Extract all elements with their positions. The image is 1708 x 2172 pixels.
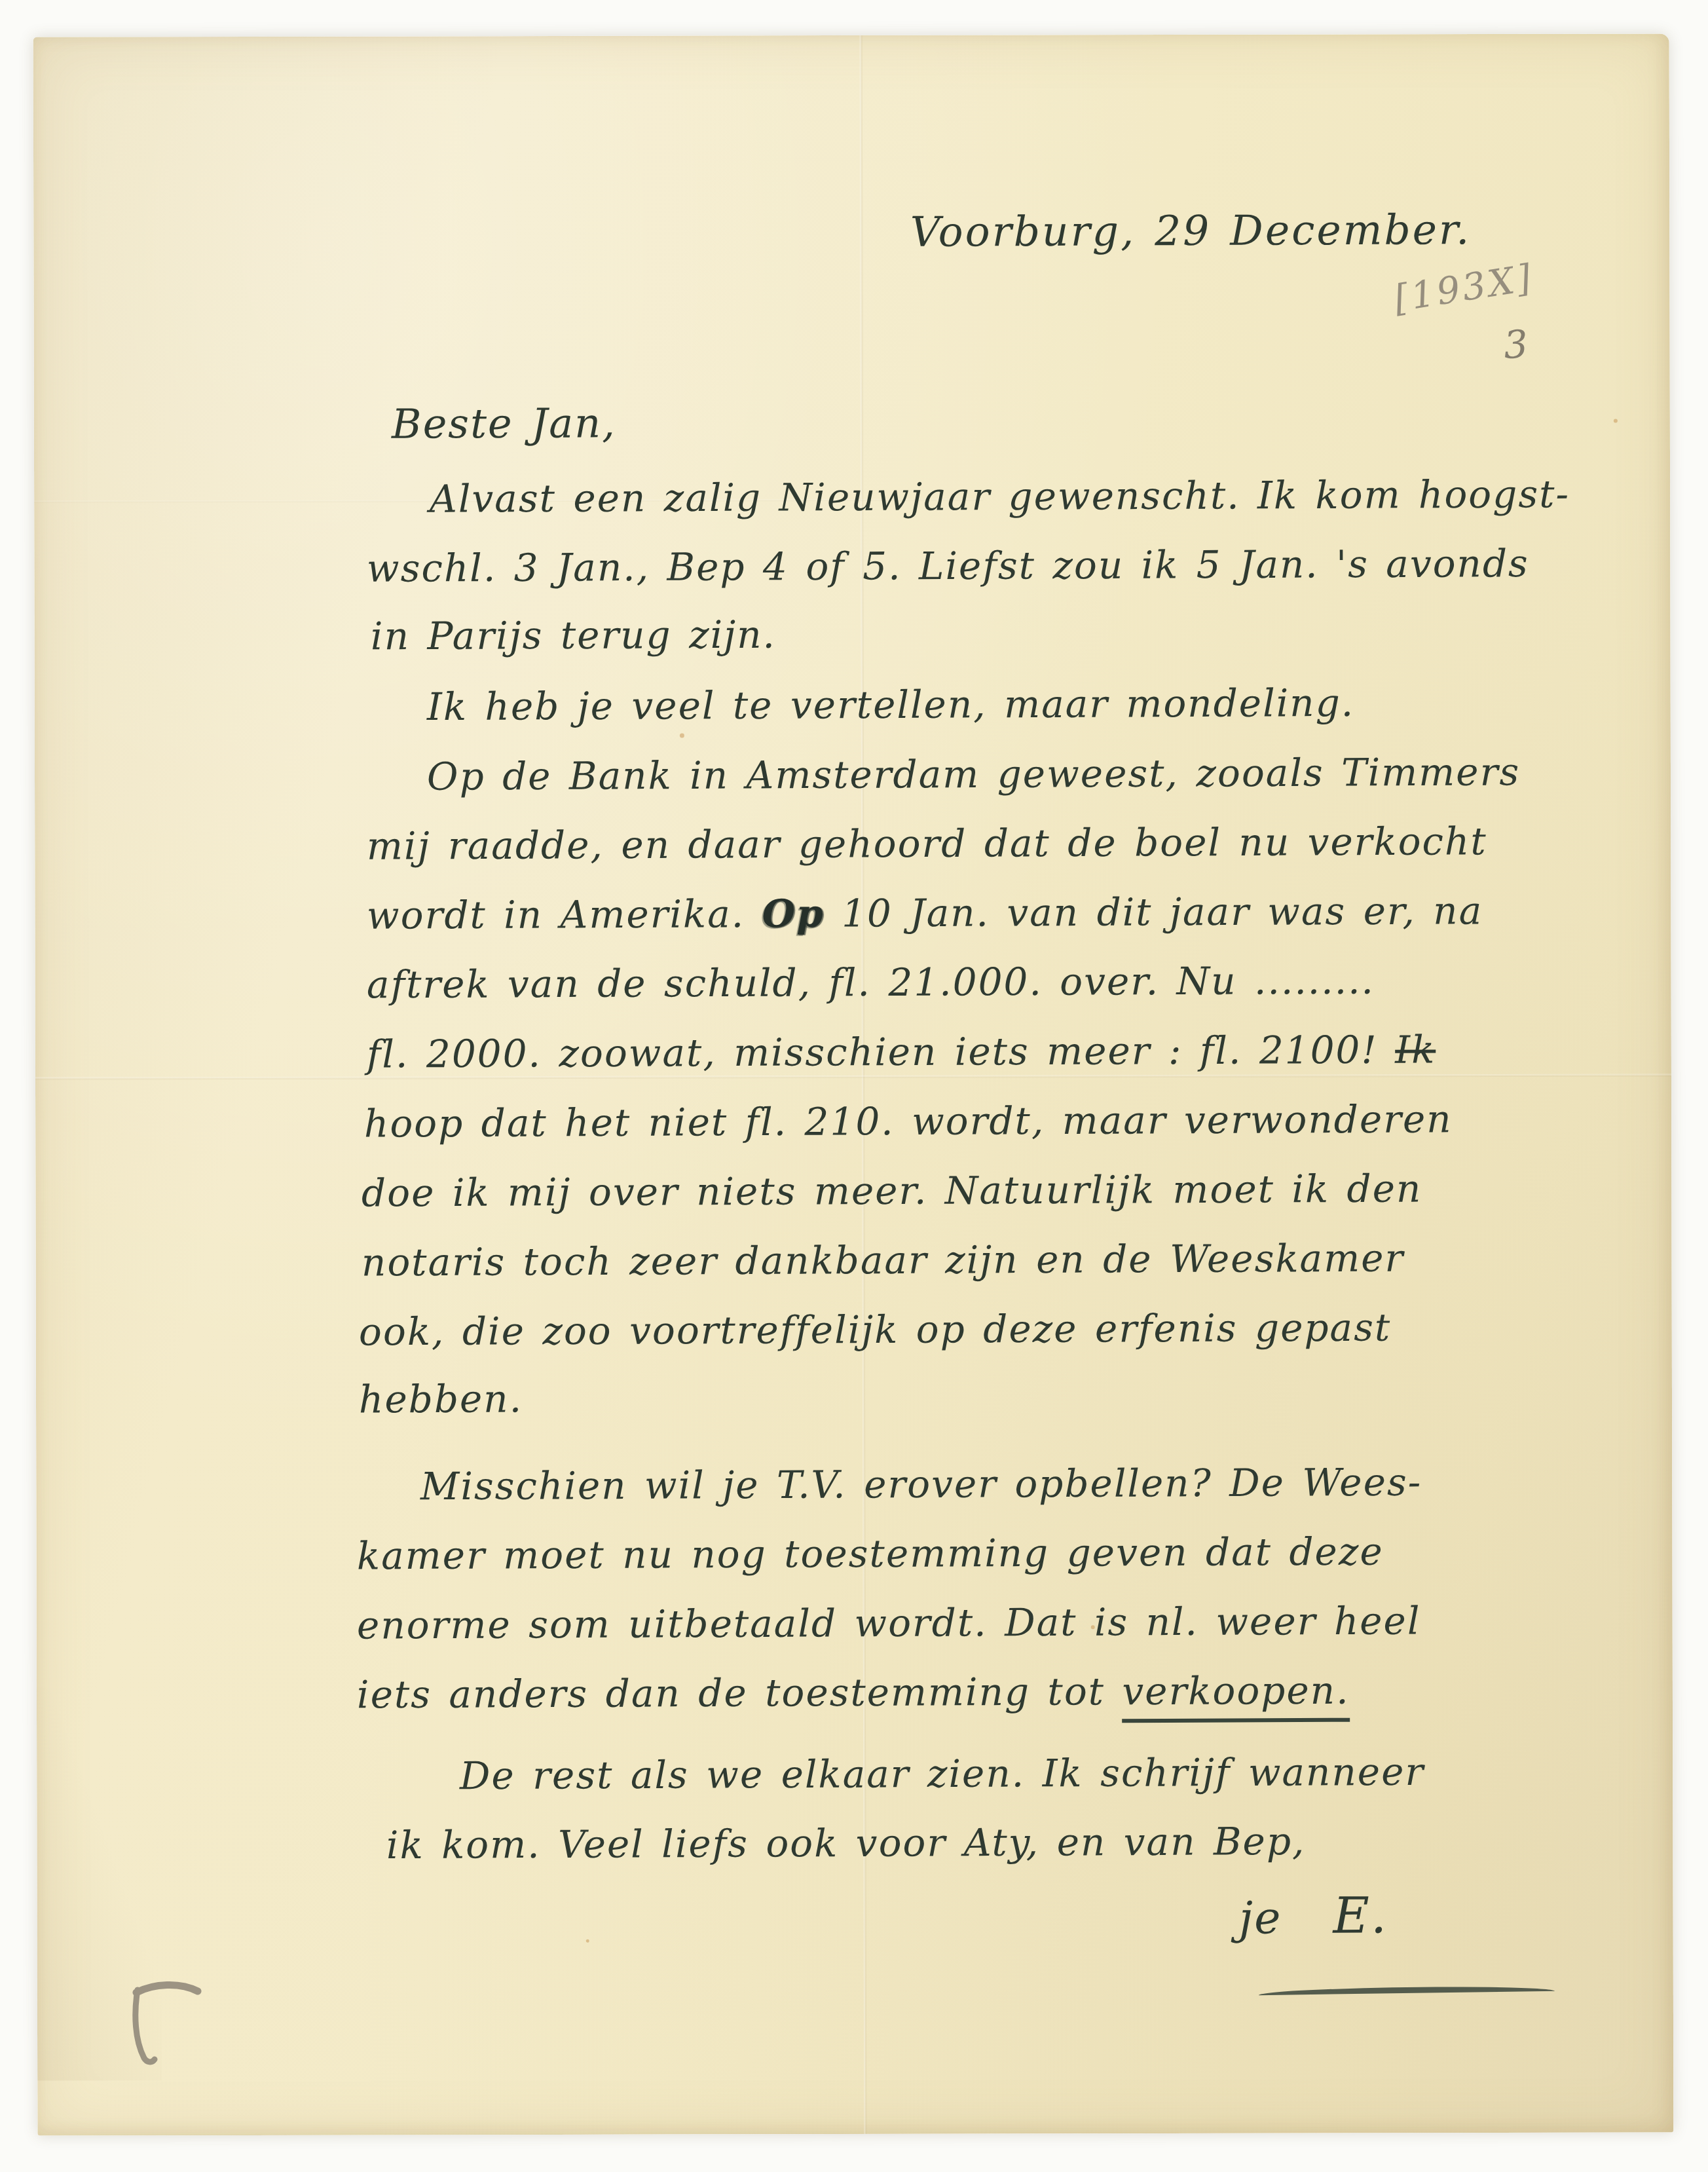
letter-line: De rest als we elkaar zien. Ik schrijf w… — [460, 1750, 1424, 1798]
letter-line: wschl. 3 Jan., Bep 4 of 5. Liefst zou ik… — [367, 541, 1529, 591]
struck-word: Ik — [1395, 1027, 1436, 1072]
signature-initial: E. — [1333, 1886, 1388, 1945]
horizontal-fold-crease — [35, 1074, 1671, 1079]
letter-line: mij raadde, en daar gehoord dat de boel … — [367, 819, 1487, 868]
salutation: Beste Jan, — [392, 399, 616, 447]
pencil-squiggle-mark — [124, 1978, 210, 2070]
paper-speck — [586, 1939, 589, 1943]
letter-line: aftrek van de schuld, fl. 21.000. over. … — [367, 958, 1375, 1007]
letter-line: notaris toch zeer dankbaar zijn en de We… — [362, 1236, 1404, 1285]
letter-line: kamer moet nu nog toestemming geven dat … — [357, 1529, 1384, 1579]
paper-speck — [1614, 419, 1618, 423]
vertical-fold-crease — [860, 35, 867, 2134]
line-text: iets anders dan de toestemming tot — [357, 1669, 1123, 1717]
letter-line: ik kom. Veel liefs ook voor Aty, en van … — [386, 1819, 1306, 1867]
letter-line: Op de Bank in Amsterdam geweest, zooals … — [427, 749, 1520, 798]
paper-speck — [680, 734, 684, 738]
underlined-word: verkoopen. — [1122, 1668, 1349, 1723]
letter-line: Ik heb je veel te vertellen, maar mondel… — [427, 681, 1354, 729]
letter-line: iets anders dan de toestemming tot verko… — [357, 1668, 1350, 1717]
line-text: wordt in Amerika. — [367, 891, 762, 938]
letter-line: ook, die zoo voortreffelijk op deze erfe… — [359, 1305, 1391, 1355]
letter-line: Alvast een zalig Nieuwjaar gewenscht. Ik… — [430, 472, 1570, 521]
letter-line: enorme som uitbetaald wordt. Dat is nl. … — [357, 1598, 1421, 1647]
letter-line: wordt in Amerika. Op 10 Jan. van dit jaa… — [367, 888, 1483, 937]
place-date-line: Voorburg, 29 December. — [910, 206, 1472, 256]
letter-line: hoop dat het niet fl. 210. wordt, maar v… — [364, 1096, 1453, 1146]
letter-line: in Parijs terug zijn. — [371, 612, 776, 659]
letter-line: doe ik mij over niets meer. Natuurlijk m… — [362, 1166, 1422, 1215]
signoff-word: je — [1239, 1892, 1282, 1944]
scanned-letter: Voorburg, 29 December. [193X] 3 Beste Ja… — [0, 0, 1708, 2172]
letter-line: fl. 2000. zoowat, misschien iets meer : … — [367, 1027, 1436, 1076]
pencil-page-number: 3 — [1502, 322, 1530, 367]
signature-line: jeE. — [1239, 1886, 1388, 1945]
line-text: 10 Jan. van dit jaar was er, na — [825, 888, 1483, 935]
letter-line: hebben. — [359, 1376, 523, 1421]
line-text: fl. 2000. zoowat, misschien iets meer : … — [367, 1028, 1395, 1077]
letter-line: Misschien wil je T.V. erover opbellen? D… — [420, 1460, 1422, 1509]
ink-blot-word: Op — [762, 891, 824, 936]
